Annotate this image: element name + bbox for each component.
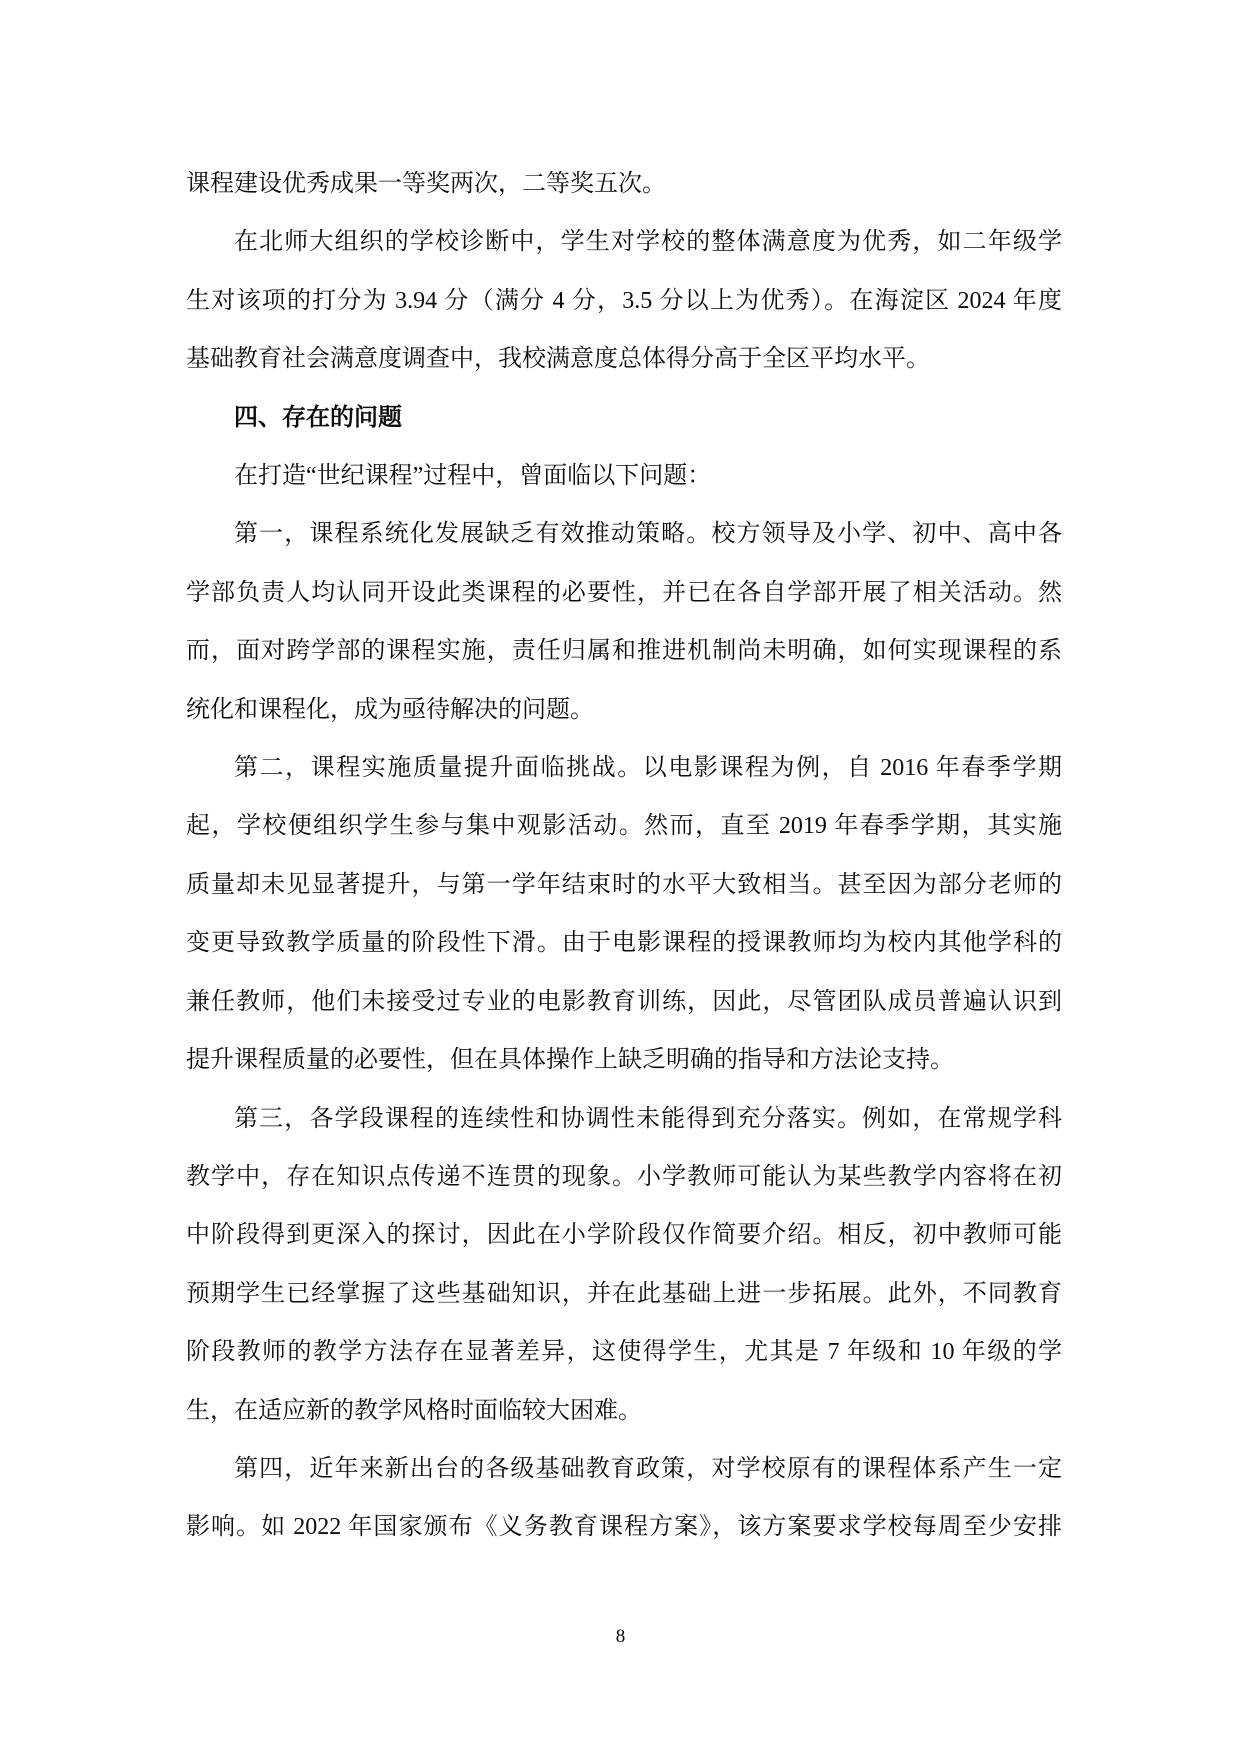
paragraph-line: 兼任教师，他们未接受过专业的电影教育训练，因此，尽管团队成员普遍认识到 — [186, 973, 1062, 1031]
paragraph-line: 教学中，存在知识点传递不连贯的现象。小学教师可能认为某些教学内容将在初 — [186, 1148, 1062, 1206]
paragraph-line: 在北师大组织的学校诊断中，学生对学校的整体满意度为优秀，如二年级学 — [186, 213, 1062, 271]
paragraph-line: 生，在适应新的教学风格时面临较大困难。 — [186, 1382, 1062, 1440]
paragraph-line: 预期学生已经掌握了这些基础知识，并在此基础上进一步拓展。此外，不同教育 — [186, 1265, 1062, 1323]
paragraph-line: 提升课程质量的必要性，但在具体操作上缺乏明确的指导和方法论支持。 — [186, 1031, 1062, 1089]
paragraph-line: 第四，近年来新出台的各级基础教育政策，对学校原有的课程体系产生一定 — [186, 1440, 1062, 1498]
paragraph-line: 起，学校便组织学生参与集中观影活动。然而，直至 2019 年春季学期，其实施 — [186, 797, 1062, 855]
paragraph-line: 中阶段得到更深入的探讨，因此在小学阶段仅作简要介绍。相反，初中教师可能 — [186, 1206, 1062, 1264]
paragraph-line: 在打造“世纪课程”过程中，曾面临以下问题： — [186, 447, 1062, 505]
paragraph-line: 阶段教师的教学方法存在显著差异，这使得学生，尤其是 7 年级和 10 年级的学 — [186, 1323, 1062, 1381]
paragraph-line: 课程建设优秀成果一等奖两次，二等奖五次。 — [186, 155, 1062, 213]
paragraph-line: 影响。如 2022 年国家颁布《义务教育课程方案》，该方案要求学校每周至少安排 — [186, 1498, 1062, 1556]
paragraph-line: 第三，各学段课程的连续性和协调性未能得到充分落实。例如，在常规学科 — [186, 1090, 1062, 1148]
page-number: 8 — [616, 1626, 626, 1647]
paragraph-line: 变更导致教学质量的阶段性下滑。由于电影课程的授课教师均为校内其他学科的 — [186, 914, 1062, 972]
paragraph-line: 第二，课程实施质量提升面临挑战。以电影课程为例，自 2016 年春季学期 — [186, 739, 1062, 797]
page-footer: 8 — [0, 1626, 1241, 1648]
paragraph-line: 生对该项的打分为 3.94 分（满分 4 分，3.5 分以上为优秀）。在海淀区 … — [186, 272, 1062, 330]
paragraph-line: 质量却未见显著提升，与第一学年结束时的水平大致相当。甚至因为部分老师的 — [186, 856, 1062, 914]
document-page: 课程建设优秀成果一等奖两次，二等奖五次。 在北师大组织的学校诊断中，学生对学校的… — [0, 0, 1241, 1754]
paragraph-line: 统化和课程化，成为亟待解决的问题。 — [186, 681, 1062, 739]
paragraph-line: 基础教育社会满意度调查中，我校满意度总体得分高于全区平均水平。 — [186, 330, 1062, 388]
paragraph-line: 第一，课程系统化发展缺乏有效推动策略。校方领导及小学、初中、高中各 — [186, 505, 1062, 563]
paragraph-line: 而，面对跨学部的课程实施，责任归属和推进机制尚未明确，如何实现课程的系 — [186, 622, 1062, 680]
text-block: 课程建设优秀成果一等奖两次，二等奖五次。 在北师大组织的学校诊断中，学生对学校的… — [186, 155, 1062, 1557]
paragraph-line: 学部负责人均认同开设此类课程的必要性，并已在各自学部开展了相关活动。然 — [186, 564, 1062, 622]
section-heading: 四、存在的问题 — [186, 389, 1062, 447]
